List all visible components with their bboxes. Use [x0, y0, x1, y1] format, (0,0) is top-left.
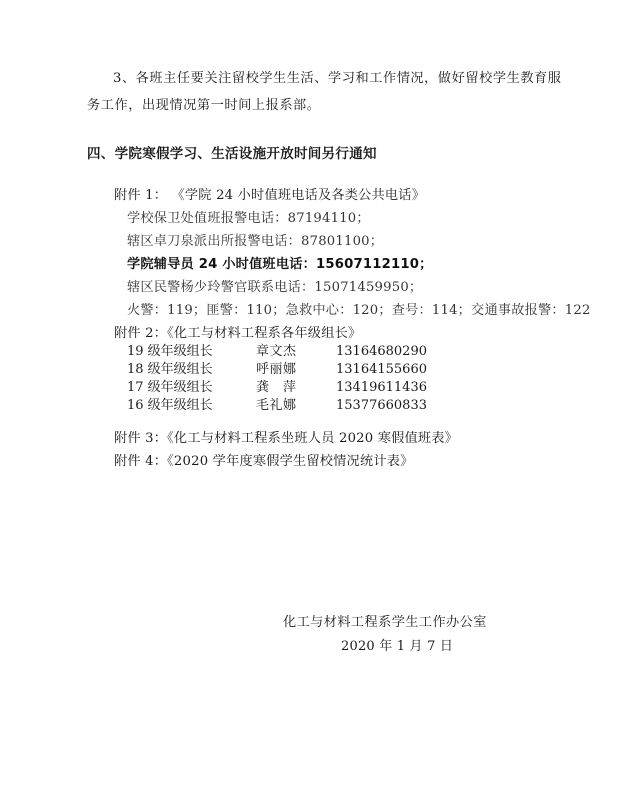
phone-counselor-24h: 学院辅导员 24 小时值班电话：15607112110； [127, 256, 433, 274]
signature-date: 2020 年 1 月 7 日 [341, 638, 453, 656]
grade-label: 16 级年级组长 [127, 397, 213, 415]
leader-name: 毛礼娜 [256, 397, 297, 415]
phone-community-officer: 辖区民警杨少玲警官联系电话：15071459950； [127, 279, 422, 297]
phone-police-station: 辖区卓刀泉派出所报警电话：87801100； [127, 233, 383, 251]
emergency-numbers: 火警：119；匪警：110；急救中心：120；查号：114；交通事故报警：122 [127, 302, 591, 320]
leader-phone: 13164155660 [336, 361, 427, 379]
document-page: 3、各班主任要关注留校学生生活、学习和工作情况，做好留校学生教育服 务工作，出现… [0, 0, 642, 803]
attachment-3-title: 附件 3：《化工与材料工程系坐班人员 2020 寒假值班表》 [114, 430, 458, 448]
leader-phone: 15377660833 [336, 397, 427, 415]
attachment-4-title: 附件 4：《2020 学年度寒假学生留校情况统计表》 [114, 453, 414, 471]
leader-phone: 13164680290 [336, 343, 427, 361]
grade-label: 18 级年级组长 [127, 361, 213, 379]
attachment-1-title: 附件 1： 《学院 24 小时值班电话及各类公共电话》 [114, 187, 425, 205]
grade-label: 17 级年级组长 [127, 379, 213, 397]
attachment-2-title: 附件 2：《化工与材料工程系各年级组长》 [114, 325, 361, 343]
grade-label: 19 级年级组长 [127, 343, 213, 361]
leader-name: 龚 萍 [256, 379, 297, 397]
section-4-heading: 四、学院寒假学习、生活设施开放时间另行通知 [87, 145, 377, 163]
leader-name: 呼丽娜 [256, 361, 297, 379]
paragraph-3-line-2: 务工作，出现情况第一时间上报系部。 [87, 97, 321, 115]
leader-name: 章文杰 [256, 343, 297, 361]
phone-security-office: 学校保卫处值班报警电话：87194110； [127, 210, 370, 228]
signature-office: 化工与材料工程系学生工作办公室 [283, 614, 487, 632]
leader-phone: 13419611436 [336, 379, 427, 397]
paragraph-3-line-1: 3、各班主任要关注留校学生生活、学习和工作情况，做好留校学生教育服 [113, 70, 562, 88]
